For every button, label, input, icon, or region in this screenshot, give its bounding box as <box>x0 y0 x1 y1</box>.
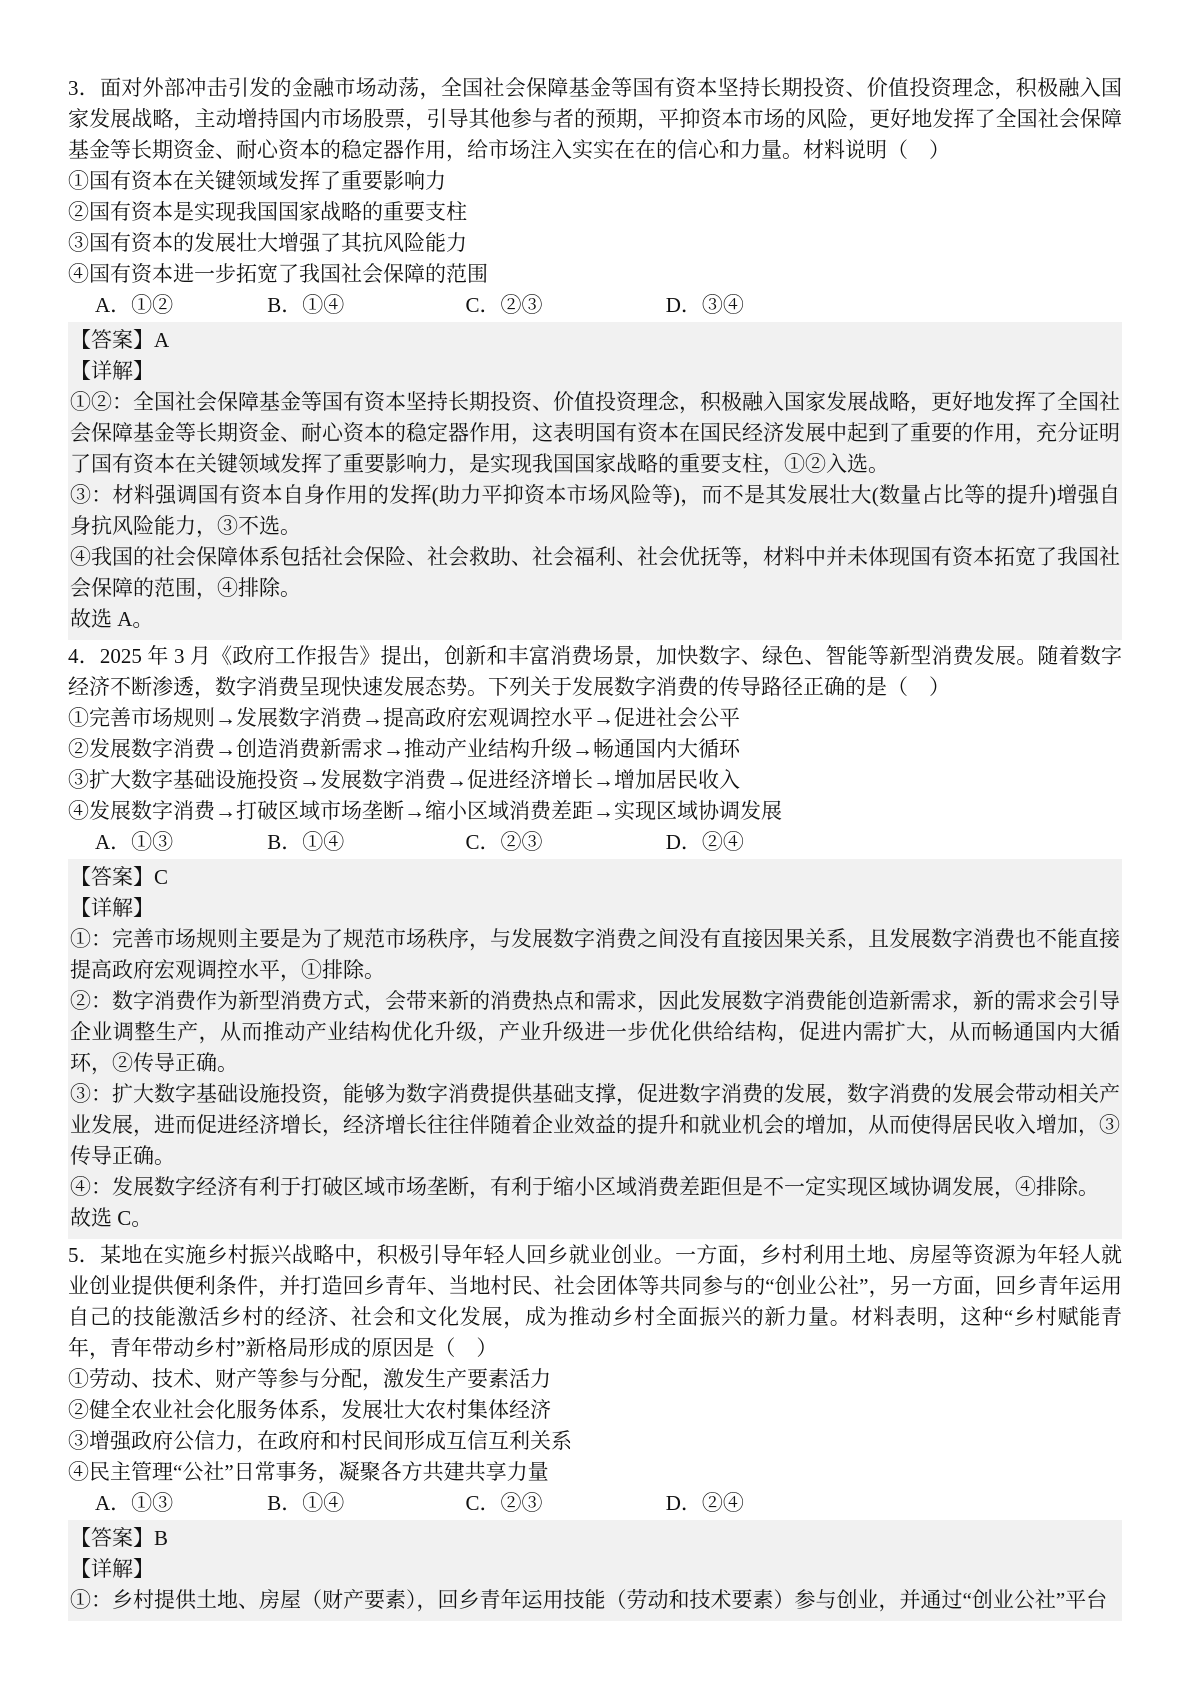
detail-label: 【详解】 <box>70 1554 1120 1585</box>
detail-label: 【详解】 <box>70 356 1120 387</box>
question-option: ④国有资本进一步拓宽了我国社会保障的范围 <box>68 259 1122 290</box>
choices-row: A．①③ B．①④ C．②③ D．②④ <box>68 827 1122 858</box>
question-option: ②国有资本是实现我国国家战略的重要支柱 <box>68 197 1122 228</box>
answer-label: 【答案】B <box>70 1523 1120 1554</box>
explanation-line: ①：乡村提供土地、房屋（财产要素），回乡青年运用技能（劳动和技术要素）参与创业，… <box>70 1585 1120 1616</box>
question-option: ①国有资本在关键领域发挥了重要影响力 <box>68 166 1122 197</box>
question-option: ①劳动、技术、财产等参与分配，激发生产要素活力 <box>68 1364 1122 1395</box>
choice-c: C．②③ <box>466 827 661 858</box>
question-stem: 5．某地在实施乡村振兴战略中，积极引导年轻人回乡就业创业。一方面，乡村利用土地、… <box>68 1240 1122 1364</box>
choice-c: C．②③ <box>466 1488 661 1519</box>
question-option: ④民主管理“公社”日常事务，凝聚各方共建共享力量 <box>68 1457 1122 1488</box>
explanation-line: ①：完善市场规则主要是为了规范市场秩序，与发展数字消费之间没有直接因果关系，且发… <box>70 924 1120 986</box>
choice-b: B．①④ <box>267 827 460 858</box>
choice-b: B．①④ <box>267 1488 460 1519</box>
explanation-line: ①②：全国社会保障基金等国有资本坚持长期投资、价值投资理念，积极融入国家发展战略… <box>70 387 1120 480</box>
question-stem: 4．2025 年 3 月《政府工作报告》提出，创新和丰富消费场景，加快数字、绿色… <box>68 641 1122 703</box>
answer-block: 【答案】B 【详解】 ①：乡村提供土地、房屋（财产要素），回乡青年运用技能（劳动… <box>68 1520 1122 1621</box>
question-block-4: 4．2025 年 3 月《政府工作报告》提出，创新和丰富消费场景，加快数字、绿色… <box>68 641 1122 1239</box>
answer-label: 【答案】C <box>70 862 1120 893</box>
choice-d: D．③④ <box>666 290 744 321</box>
question-option: ③扩大数字基础设施投资→发展数字消费→促进经济增长→增加居民收入 <box>68 765 1122 796</box>
answer-block: 【答案】A 【详解】 ①②：全国社会保障基金等国有资本坚持长期投资、价值投资理念… <box>68 322 1122 640</box>
choices-row: A．①③ B．①④ C．②③ D．②④ <box>68 1488 1122 1519</box>
question-option: ③增强政府公信力，在政府和村民间形成互信互利关系 <box>68 1426 1122 1457</box>
question-option: ③国有资本的发展壮大增强了其抗风险能力 <box>68 228 1122 259</box>
choice-d: D．②④ <box>666 1488 744 1519</box>
question-block-3: 3．面对外部冲击引发的金融市场动荡，全国社会保障基金等国有资本坚持长期投资、价值… <box>68 73 1122 640</box>
answer-block: 【答案】C 【详解】 ①：完善市场规则主要是为了规范市场秩序，与发展数字消费之间… <box>68 859 1122 1239</box>
choice-c: C．②③ <box>466 290 661 321</box>
question-stem: 3．面对外部冲击引发的金融市场动荡，全国社会保障基金等国有资本坚持长期投资、价值… <box>68 73 1122 166</box>
explanation-line: ③：扩大数字基础设施投资，能够为数字消费提供基础支撑，促进数字消费的发展，数字消… <box>70 1079 1120 1172</box>
explanation-line: ②：数字消费作为新型消费方式，会带来新的消费热点和需求，因此发展数字消费能创造新… <box>70 986 1120 1079</box>
choice-d: D．②④ <box>666 827 744 858</box>
question-option: ④发展数字消费→打破区域市场垄断→缩小区域消费差距→实现区域协调发展 <box>68 796 1122 827</box>
conclusion-line: 故选 A。 <box>70 604 1120 635</box>
question-option: ②发展数字消费→创造消费新需求→推动产业结构升级→畅通国内大循环 <box>68 734 1122 765</box>
explanation-line: ④我国的社会保障体系包括社会保险、社会救助、社会福利、社会优抚等，材料中并未体现… <box>70 542 1120 604</box>
choices-row: A．①② B．①④ C．②③ D．③④ <box>68 290 1122 321</box>
explanation-line: ④：发展数字经济有利于打破区域市场垄断，有利于缩小区域消费差距但是不一定实现区域… <box>70 1172 1120 1203</box>
explanation-line: ③：材料强调国有资本自身作用的发挥(助力平抑资本市场风险等)，而不是其发展壮大(… <box>70 480 1120 542</box>
detail-label: 【详解】 <box>70 893 1120 924</box>
question-block-5: 5．某地在实施乡村振兴战略中，积极引导年轻人回乡就业创业。一方面，乡村利用土地、… <box>68 1240 1122 1621</box>
choice-b: B．①④ <box>267 290 460 321</box>
choice-a: A．①② <box>95 290 262 321</box>
answer-label: 【答案】A <box>70 325 1120 356</box>
conclusion-line: 故选 C。 <box>70 1203 1120 1234</box>
question-option: ①完善市场规则→发展数字消费→提高政府宏观调控水平→促进社会公平 <box>68 703 1122 734</box>
exam-page: 3．面对外部冲击引发的金融市场动荡，全国社会保障基金等国有资本坚持长期投资、价值… <box>0 0 1190 1683</box>
choice-a: A．①③ <box>95 827 262 858</box>
choice-a: A．①③ <box>95 1488 262 1519</box>
question-option: ②健全农业社会化服务体系，发展壮大农村集体经济 <box>68 1395 1122 1426</box>
